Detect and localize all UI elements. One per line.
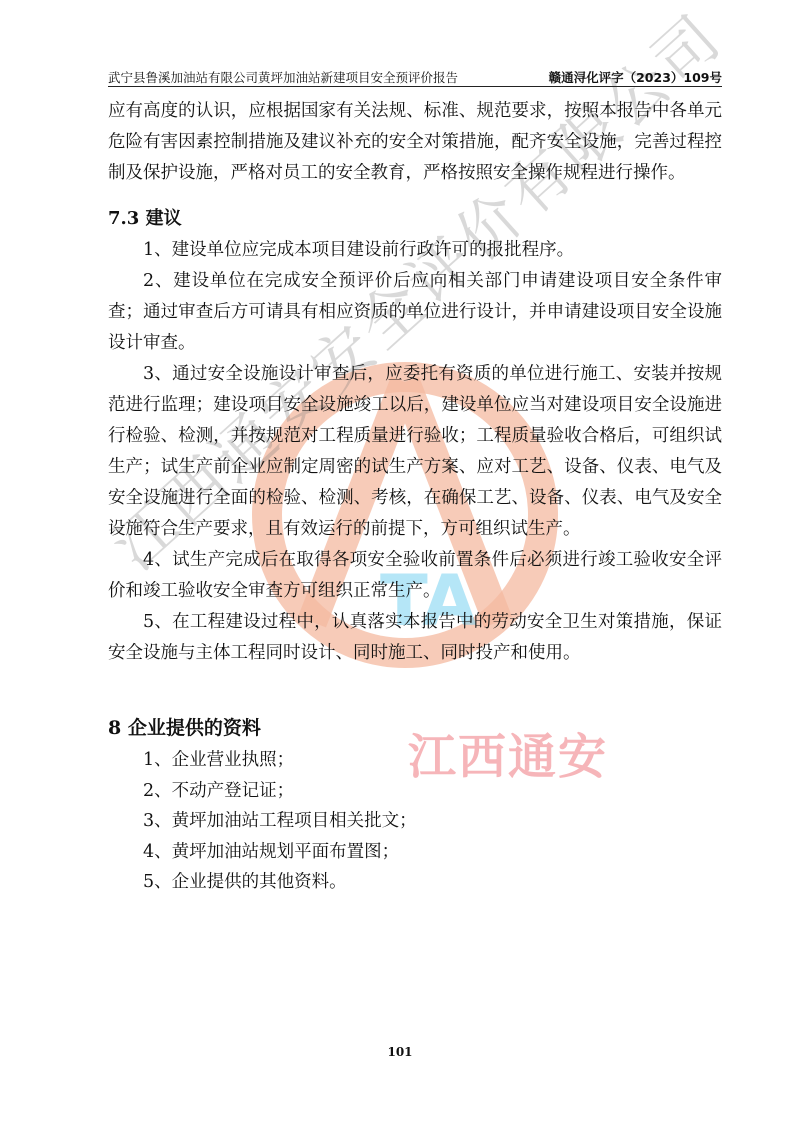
recommendation-item: 4、试生产完成后在取得各项安全验收前置条件后必须进行竣工验收安全评价和竣工验收安…: [108, 545, 722, 607]
recommendation-item: 5、在工程建设过程中，认真落实本报告中的劳动安全卫生对策措施，保证安全设施与主体…: [108, 607, 722, 669]
recommendation-item: 2、建设单位在完成安全预评价后应向相关部门申请建设项目安全条件审查；通过审查后方…: [108, 266, 722, 359]
report-title: 武宁县鲁溪加油站有限公司黄坪加油站新建项目安全预评价报告: [108, 68, 458, 86]
intro-paragraph: 应有高度的认识，应根据国家有关法规、标准、规范要求，按照本报告中各单元危险有害因…: [108, 96, 722, 189]
page-content: 应有高度的认识，应根据国家有关法规、标准、规范要求，按照本报告中各单元危险有害因…: [108, 96, 722, 898]
page-header: 武宁县鲁溪加油站有限公司黄坪加油站新建项目安全预评价报告 赣通浔化评字（2023…: [108, 66, 722, 87]
document-page: TA 江西通安安全评价有限公司 江西通安 武宁县鲁溪加油站有限公司黄坪加油站新建…: [0, 0, 800, 1131]
section-heading-8: 8 企业提供的资料: [108, 711, 722, 745]
recommendation-item: 1、建设单位应完成本项目建设前行政许可的报批程序。: [108, 235, 722, 266]
material-list-item: 1、企业营业执照；: [108, 745, 722, 776]
material-list-item: 4、黄坪加油站规划平面布置图；: [108, 837, 722, 868]
report-code: 赣通浔化评字（2023）109号: [549, 68, 722, 86]
material-list-item: 5、企业提供的其他资料。: [108, 867, 722, 898]
material-list-item: 3、黄坪加油站工程项目相关批文；: [108, 806, 722, 837]
recommendation-item: 3、通过安全设施设计审查后，应委托有资质的单位进行施工、安装并按规范进行监理；建…: [108, 359, 722, 545]
material-list-item: 2、不动产登记证；: [108, 776, 722, 807]
page-number: 101: [0, 1045, 800, 1059]
section-heading-7-3: 7.3 建议: [108, 203, 722, 235]
